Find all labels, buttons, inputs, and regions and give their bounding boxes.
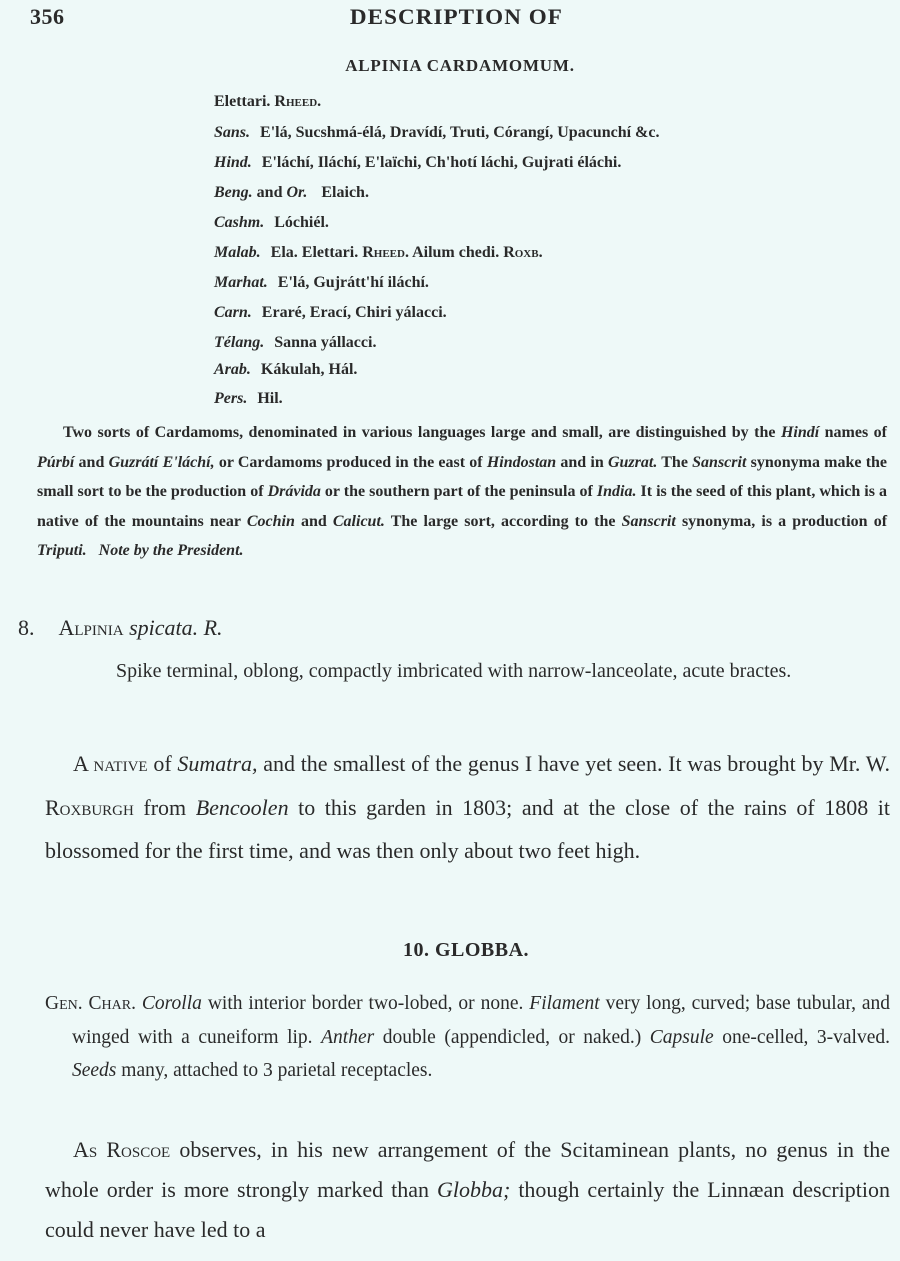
generic-character: Gen. Char. Corolla with interior border …	[45, 987, 890, 1088]
native-paragraph: A native of Sumatra, and the smallest of…	[45, 742, 890, 873]
species-heading: 8.Alpinia spicata. R.	[18, 613, 223, 642]
note-signature: Note by the President.	[99, 542, 244, 559]
president-note: Two sorts of Cardamoms, denominated in v…	[37, 418, 887, 566]
synonym-line-arab: Arab.Kákulah, Hál.	[214, 360, 357, 380]
synonym-line-elettari: Elettari. Rheed.	[214, 92, 321, 112]
running-head: DESCRIPTION OF	[0, 4, 900, 30]
synonym-line-malab: Malab.Ela. Elettari. Rheed. Ailum chedi.…	[214, 243, 543, 263]
synonym-line-telang: Télang.Sanna yállacci.	[214, 333, 376, 353]
synonym-line-pers: Pers.Hil.	[214, 389, 283, 409]
roscoe-paragraph: As Roscoe observes, in his new arrangeme…	[45, 1130, 890, 1250]
synonym-line-beng: Beng. and Or. Elaich.	[214, 183, 369, 203]
synonym-line-marhat: Marhat.E'lá, Gujrátt'hí iláchí.	[214, 273, 429, 293]
synonym-line-sans: Sans.E'lá, Sucshmá-élá, Dravídí, Truti, …	[214, 123, 659, 143]
species-description: Spike terminal, oblong, compactly imbric…	[116, 654, 888, 688]
genus-title: 10. GLOBBA.	[0, 939, 900, 962]
synonym-line-hind: Hind.E'láchí, Iláchí, E'laïchi, Ch'hotí …	[214, 153, 621, 173]
section-subtitle: ALPINIA CARDAMOMUM.	[0, 56, 900, 76]
synonym-line-carn: Carn.Eraré, Erací, Chiri yálacci.	[214, 303, 447, 323]
note-paragraph: Two sorts of Cardamoms, denominated in v…	[37, 418, 887, 566]
synonym-line-cashm: Cashm.Lóchiél.	[214, 213, 329, 233]
